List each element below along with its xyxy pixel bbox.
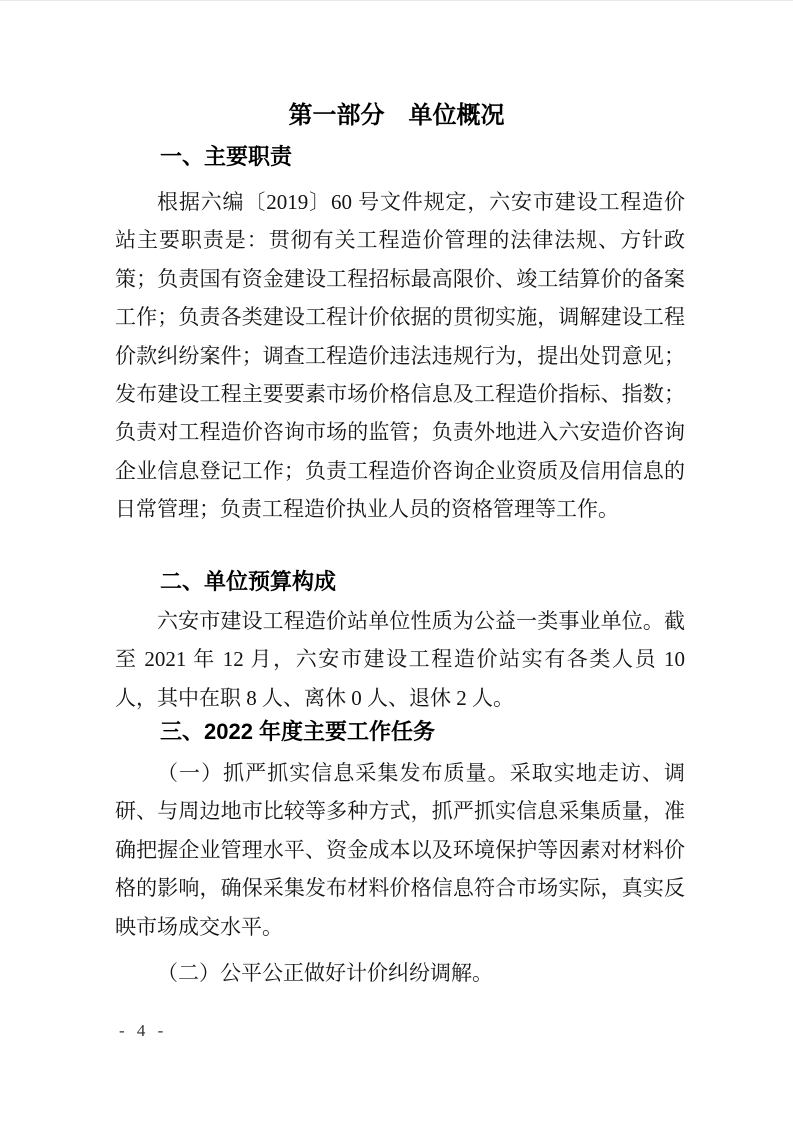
page-title: 第一部分 单位概况: [0, 101, 793, 131]
section-heading-main-duties: 一、主要职责: [160, 144, 292, 170]
section-heading-2022-work-tasks: 三、2022 年度主要工作任务: [160, 719, 435, 745]
paragraph-task-2-dispute-mediation: （二）公平公正做好计价纠纷调解。: [115, 954, 685, 992]
page-number: - 4 -: [119, 1021, 167, 1041]
document-page: 第一部分 单位概况 一、主要职责 根据六编〔2019〕60 号文件规定，六安市建…: [0, 0, 793, 1123]
paragraph-task-1-information-quality: （一）抓严抓实信息采集发布质量。采取实地走访、调研、与周边地市比较等多种方式，抓…: [115, 754, 685, 946]
paragraph-main-duties: 根据六编〔2019〕60 号文件规定，六安市建设工程造价站主要职责是：贯彻有关工…: [115, 183, 685, 529]
paragraph-budget-composition: 六安市建设工程造价站单位性质为公益一类事业单位。截至 2021 年 12 月，六…: [115, 602, 685, 717]
section-heading-budget-composition: 二、单位预算构成: [160, 569, 336, 595]
